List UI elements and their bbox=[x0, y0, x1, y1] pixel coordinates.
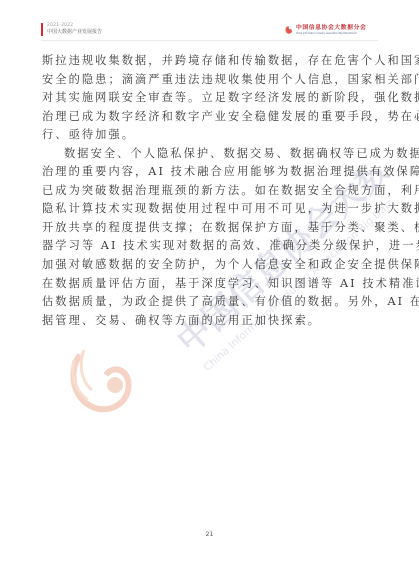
text-line: 治理已成为数字经济和数字产业安全稳健发展的重要手段，势在必 bbox=[42, 108, 380, 127]
body-text: 斯拉违规收集数据，并跨境存储和传输数据，存在危害个人和国家 安全的隐患；滴滴严重… bbox=[42, 52, 380, 330]
document-page: 2021-2022 中国大数据产业发展报告 中国信息协会大数据分会 China … bbox=[0, 0, 419, 568]
text-line: 斯拉违规收集数据，并跨境存储和传输数据，存在危害个人和国家 bbox=[42, 52, 380, 71]
text-line: 加强对敏感数据的安全防护，为个人信息安全和政企安全提供保障； bbox=[42, 256, 380, 275]
running-header-left: 2021-2022 中国大数据产业发展报告 bbox=[41, 23, 102, 36]
org-name-en: China Information Industry Association B… bbox=[296, 32, 366, 35]
text-line: 行、亟待加强。 bbox=[42, 126, 380, 145]
text-line: 安全的隐患；滴滴严重违法违规收集使用个人信息，国家相关部门 bbox=[42, 71, 380, 90]
watermark-logo-icon bbox=[73, 350, 129, 409]
paragraph-start-line: 数据安全、个人隐私保护、数据交易、数据确权等已成为数据 bbox=[42, 145, 380, 164]
association-logo-icon bbox=[284, 25, 293, 35]
text-line: 已成为突破数据治理瓶颈的新方法。如在数据安全合规方面，利用 bbox=[42, 182, 380, 201]
text-line: 开放共享的程度提供支撑；在数据保护方面，基于分类、聚类、机 bbox=[42, 219, 380, 238]
report-title: 中国大数据产业发展报告 bbox=[47, 29, 102, 36]
header-divider bbox=[41, 40, 378, 41]
text-line: 治理的重要内容，AI 技术融合应用能够为数据治理提供有效保障， bbox=[42, 163, 380, 182]
text-line: 估数据质量，为政企提供了高质量、有价值的数据。另外，AI 在数 bbox=[42, 293, 380, 312]
page-number: 21 bbox=[0, 531, 419, 538]
text-line: 器学习等 AI 技术实现对数据的高效、准确分类分级保护，进一步 bbox=[42, 237, 380, 256]
text-line: 据管理、交易、确权等方面的应用正加快探索。 bbox=[42, 312, 380, 331]
org-name-cn: 中国信息协会大数据分会 bbox=[296, 25, 366, 32]
text-line: 在数据质量评估方面，基于深度学习、知识图谱等 AI 技术精准评 bbox=[42, 275, 380, 294]
text-line: 隐私计算技术实现数据使用过程中可用不可见，为进一步扩大数据 bbox=[42, 200, 380, 219]
running-header-right: 中国信息协会大数据分会 China Information Industry A… bbox=[284, 25, 366, 35]
text-line: 对其实施网联安全审查等。立足数字经济发展的新阶段，强化数据 bbox=[42, 89, 380, 108]
